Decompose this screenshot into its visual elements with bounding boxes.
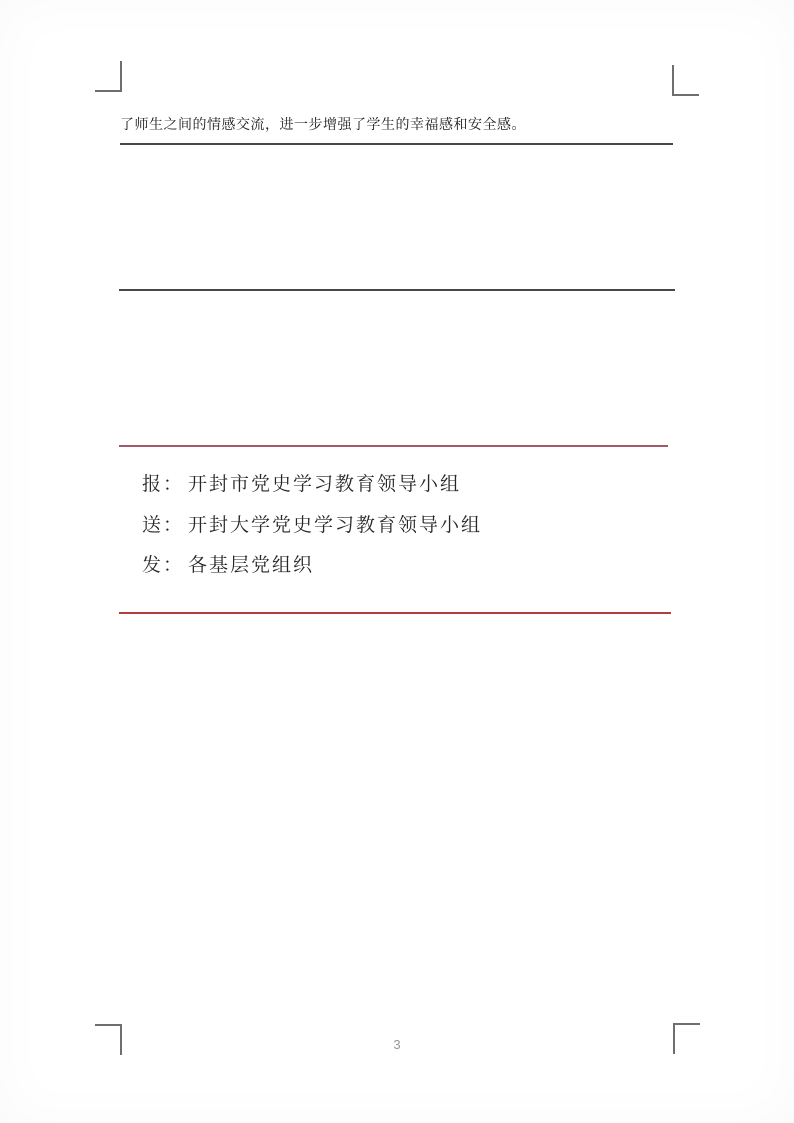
distribution-label: 发： <box>142 555 184 576</box>
distribution-row-report: 报：开封市党史学习教育领导小组 <box>142 469 461 496</box>
crop-mark-top-left-icon <box>95 61 122 92</box>
document-page: 了师生之间的情感交流，进一步增强了学生的幸福感和安全感。 报：开封市党史学习教育… <box>0 0 794 1123</box>
distribution-value: 开封大学党史学习教育领导小组 <box>188 515 482 536</box>
distribution-rule-bottom <box>119 612 671 614</box>
distribution-row-send: 送：开封大学党史学习教育领导小组 <box>142 510 482 537</box>
distribution-label: 报： <box>142 474 184 495</box>
horizontal-rule-top <box>120 143 673 145</box>
distribution-row-issue: 发：各基层党组织 <box>142 550 314 577</box>
horizontal-rule-middle <box>119 289 675 291</box>
distribution-value: 开封市党史学习教育领导小组 <box>188 474 461 495</box>
page-number: 3 <box>0 1037 794 1052</box>
distribution-rule-top <box>119 445 668 447</box>
distribution-label: 送： <box>142 515 184 536</box>
body-paragraph: 了师生之间的情感交流，进一步增强了学生的幸福感和安全感。 <box>120 114 678 135</box>
crop-mark-top-right-icon <box>672 65 699 96</box>
distribution-value: 各基层党组织 <box>188 555 314 576</box>
